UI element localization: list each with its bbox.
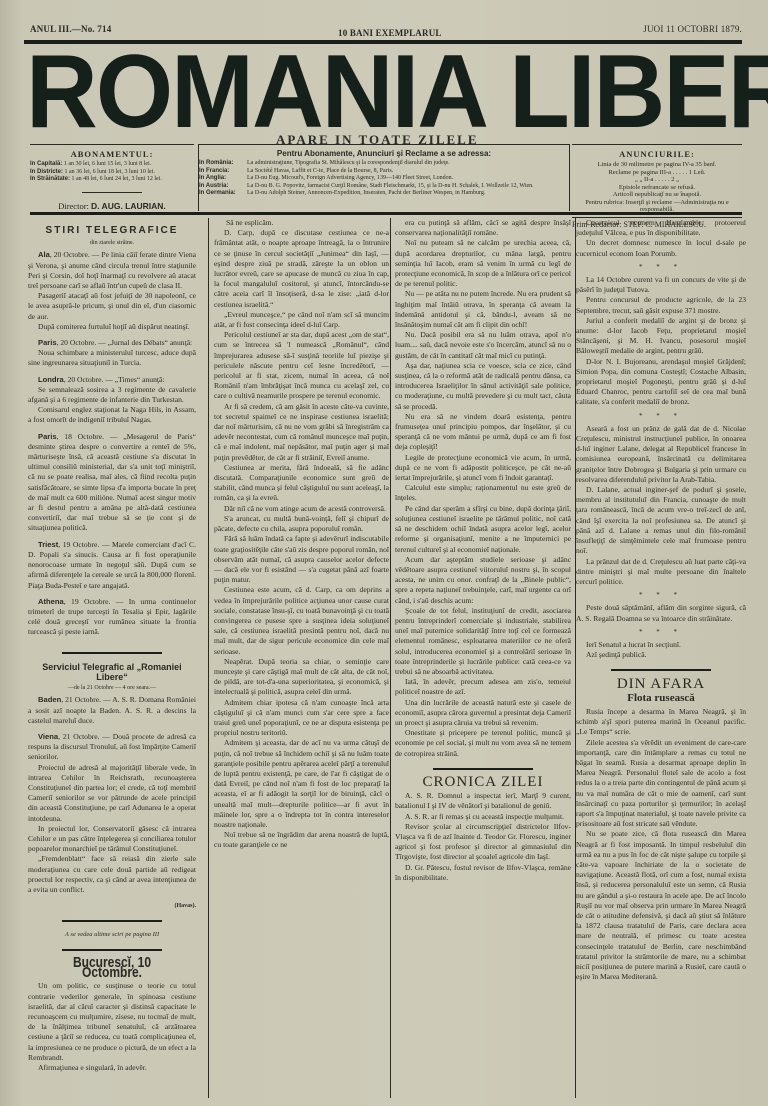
editorial-paragraph: Pericolul cestiuneĭ ar sta dar, după ace…	[214, 330, 389, 401]
news-paragraph: La prânzul dat de d. Creţulescu aŭ luat …	[576, 557, 746, 588]
news-paragraph: Se semnalează sosirea a 3 regimente de c…	[28, 385, 196, 405]
see-page-note: A se vedea ultime sciri pe pagina III	[28, 930, 196, 940]
editorial-paragraph: Nu era să ne vindem doară esistenţa, pen…	[395, 412, 571, 453]
editorial-paragraph: Să ne esplicăm.	[214, 218, 389, 228]
news-place: Athena	[38, 597, 64, 606]
ornament-divider	[576, 664, 746, 674]
news-text: 20 Octobre. — „Times“ anunţă:	[68, 375, 165, 384]
news-text: 20 Octobre. — Pe linia căiĭ ferate dintr…	[28, 250, 196, 290]
article-paragraph: Rusia începe a desarma în Marea Neagră, …	[576, 707, 746, 738]
news-paragraph: Un decret domnesc numesce în locul d-sal…	[576, 238, 746, 258]
advertising-box: ANUNCIURILE: Linia de 30 milimetre pe pa…	[572, 144, 742, 211]
chronicle-paragraph: A. S. R. ar fi remas şi cu această inspe…	[395, 812, 571, 822]
news-place: Londra	[38, 375, 64, 384]
news-source: (Havas).	[28, 901, 196, 911]
advertising-row: „ „ II-a . . . . . 2 „	[572, 176, 742, 184]
column-editorial: Să ne esplicăm.D. Carp, după ce discutas…	[208, 218, 389, 1098]
editorial-paragraph: era cu putinţă să aflăm, căcĭ se agită d…	[395, 218, 571, 238]
separator-stars: * * *	[576, 590, 746, 600]
advertising-title: ANUNCIURILE:	[572, 149, 742, 159]
editorial-paragraph: Afirmaţiunea e singulară, în adevĕr.	[28, 1063, 196, 1073]
news-paragraph: Noua schimbare a ministeruluĭ turcesc, a…	[28, 348, 196, 368]
editorial-paragraph: Legile de protecţiune economică vie acum…	[395, 453, 571, 484]
editorial-paragraph: Una din lucrările de această natură este…	[395, 698, 571, 729]
news-item: Londra, 20 Octobre. — „Times“ anunţă:Se …	[28, 375, 196, 432]
subscription-row: In Districte: 1 an 36 lei, 6 luni 18 lei…	[30, 169, 194, 177]
news-text: 18 Octobre. — „Mesagerul de Paris“ desmi…	[28, 432, 196, 533]
section-title-abroad: DIN AFARA	[576, 679, 746, 689]
news-paragraph: Comisarul englez staţionat la Naga Hils,…	[28, 405, 196, 425]
editorial-paragraph: Iată, în adevĕr, precum adesea am zis'o,…	[395, 677, 571, 697]
chronicle-paragraph: A. S. R. Domnul a inspectat ierĭ, Marţĭ …	[395, 791, 571, 811]
editorial-paragraph: Dăr niĭ că ne vom atinge acum de acestă …	[214, 504, 389, 514]
editorial-paragraph: Admitem chiar ipotesa că n'am cunoaşte î…	[214, 698, 389, 739]
address-row: In Francia:La Société Havas, Laffit et C…	[199, 168, 569, 176]
address-title: Pentru Abonamente, Anunciuri şi Reclame …	[199, 149, 569, 158]
ornament-divider	[28, 915, 196, 925]
issue-date: JUOI 11 OCTOBRI 1879.	[643, 24, 742, 34]
section-title-chronicle: CRONICA ZILEI	[395, 777, 571, 787]
news-item: Triest, 19 Octobre. — Marele comerciant …	[28, 540, 196, 597]
news-paragraph: Cucernicul econom Haralambie, protoereul…	[576, 218, 746, 238]
editorial-paragraph: Nu — pe atâta nu ne putem încrede. Nu er…	[395, 289, 571, 330]
news-paragraph: Ierĭ Senatul a lucrat în secţiunĭ.	[576, 640, 746, 650]
news-place: Triest	[38, 540, 58, 549]
issue-number: ANUL III.—No. 714	[30, 24, 111, 34]
advertising-row: Reclame pe pagina III-a . . . . . 1 Leŭ.	[572, 169, 742, 177]
editorial-paragraph: Noĭ trebue să ne îngrădim dar arena noas…	[214, 830, 389, 850]
news-paragraph: Proiectul de adresă al majorităţiĭ liber…	[28, 763, 196, 824]
subscription-box: ABONAMENTUL: In Capitală: 1 an 30 lei, 6…	[30, 144, 194, 211]
news-paragraph: In proiectul lor, Conservatoriĭ găsesc c…	[28, 824, 196, 855]
news-paragraph: Pentru concursul de producte agricole, d…	[576, 295, 746, 315]
news-paragraph: D. Lalane, actual inginer-şef de podurĭ …	[576, 485, 746, 556]
address-row: In Anglia:La D-nu Eug. Micoud's, Foreign…	[199, 175, 569, 183]
address-row: In România:La administraţiune, Tipografi…	[199, 160, 569, 168]
director-divider	[82, 192, 142, 197]
editorial-paragraph: Şcoale de tot felul, instituţiunĭ de cre…	[395, 606, 571, 677]
news-paragraph: D-lor N. I. Bujoreanu, arendaşul moşieĭ …	[576, 357, 746, 408]
news-place: Baden	[38, 695, 61, 704]
editorial-paragraph: Fără să luăm îndată ca fapte şi adevĕrur…	[214, 534, 389, 585]
editorial-paragraph: Aşa dar, naţiunea scia ce voesce, scia c…	[395, 361, 571, 412]
column-telegraph-news: STIRI TELEGRAFICE din ziarele străine. A…	[28, 218, 196, 1073]
editorial-title: Bucurescĭ, 10 Octombre.	[45, 958, 179, 978]
news-paragraph: Peste două săptămânĭ, aflăm din sorginte…	[576, 603, 746, 623]
editorial-paragraph: S'a aruncat, cu multă bună-voinţă, felĭ …	[214, 514, 389, 534]
section-subtitle: din ziarele străine.	[28, 238, 196, 248]
advertising-row: Epistole nefrancate se refusă.	[572, 184, 742, 192]
advertising-row: Linia de 30 milimetre pe pagina IV-a 35 …	[572, 161, 742, 169]
header-bottom-rule	[30, 212, 742, 215]
subscription-title: ABONAMENTUL:	[30, 149, 194, 159]
editorial-paragraph: Un om politic, ce susţinuse o teorie cu …	[28, 981, 196, 1063]
news-paragraph: După comiterea furtuluĭ hoţiĭ aŭ dispăru…	[28, 322, 196, 332]
editorial-paragraph: Nu. Dacă posibil era să nu luăm otrava, …	[395, 330, 571, 361]
column-editorial-cont: era cu putinţă să aflăm, căcĭ se agită d…	[390, 218, 576, 1098]
editorial-paragraph: Onestitate şi pricepere pe terenul polit…	[395, 728, 571, 759]
news-item: Paris, 20 Octobre. — „Jurnal des Débats“…	[28, 338, 196, 375]
editorial-paragraph: Pe când dar sperăm a sfîrşi cu bine, dup…	[395, 504, 571, 555]
chronicle-paragraph: Revisor şcolar al circumscripţieĭ distri…	[395, 822, 571, 863]
article-title-russian-fleet: Flota rusească	[576, 693, 746, 703]
column-news: Cucernicul econom Haralambie, protoereul…	[576, 218, 746, 982]
news-paragraph: „Fremdenblatt“ face să reiasă din zierle…	[28, 854, 196, 895]
advertising-row: Articolĭ nepublicaţĭ nu se înapoiă.	[572, 191, 742, 199]
news-text: 20 Octobre. — „Jurnal des Débats“ anunţă…	[60, 338, 192, 347]
address-row: In Germania:La D-nu Adolph Steiner, Anno…	[199, 190, 569, 198]
director: Director: D. AUG. LAURIAN.	[30, 201, 194, 211]
ornament-divider	[28, 648, 196, 658]
news-place: Ala	[38, 250, 50, 259]
news-item: Athena, 19 Octobre. — In urma continuelo…	[28, 597, 196, 644]
news-paragraph: Aseară a fost un prânz de gală dat de d.…	[576, 424, 746, 485]
ornament-divider	[395, 763, 571, 773]
address-row: In Austria:La D-nu B. G. Popovitz, farma…	[199, 183, 569, 191]
editorial-paragraph: „Evreul munceşce,“ pe când noĭ n'am scĭ …	[214, 310, 389, 330]
news-place: Paris	[38, 432, 57, 441]
news-place: Paris	[38, 338, 57, 347]
subscription-row: In Capitală: 1 an 30 lei, 6 luni 15 lei,…	[30, 161, 194, 169]
editorial-paragraph: Cestiunea ar merita, fără îndoeală, să f…	[214, 463, 389, 504]
news-place: Viena	[38, 732, 58, 741]
news-paragraph: Azĭ şedinţă publică.	[576, 650, 746, 660]
editorial-paragraph: D. Carp, după ce discutase cestiunea ce …	[214, 228, 389, 310]
subscription-row: In Străinătate: 1 an 48 lei, 6 luni 24 l…	[30, 176, 194, 184]
news-paragraph: La 14 Octobre curent va fi un concurs de…	[576, 275, 746, 295]
editorial-paragraph: Ar fi să credem, că am găsit în aceste c…	[214, 402, 389, 463]
separator-stars: * * *	[576, 411, 746, 421]
news-item: Viena, 21 Octobre. — Două procete de adr…	[28, 732, 196, 901]
newspaper-page: ANUL III.—No. 714 10 BANI EXEMPLARUL JUO…	[0, 0, 768, 1106]
editorial-paragraph: Noĭ nu puteam să ne calcăm pe urechia ac…	[395, 238, 571, 289]
address-box: Pentru Abonamente, Anunciuri şi Reclame …	[198, 144, 570, 211]
separator-stars: * * *	[576, 627, 746, 637]
editorial-paragraph: Neapĕrat. După teoria sa chiar, o seminţ…	[214, 657, 389, 698]
section-title-telegraph-service: Serviciul Telegrafic al „Romaniei Libere…	[28, 662, 196, 682]
news-item: Baden, 21 Octobre. — A. S. R. Domana Rom…	[28, 695, 196, 732]
news-paragraph: Juriul a conferit medaliĭ de argint şi d…	[576, 316, 746, 357]
ornament-divider	[28, 944, 196, 954]
article-paragraph: Zilele acestea s'a vĕrĕdit un eveniment …	[576, 738, 746, 830]
article-paragraph: Nu se poate zice, că flota rusească din …	[576, 829, 746, 982]
editorial-paragraph: Acum dar aşteptăm studiele serioase şi a…	[395, 555, 571, 606]
editorial-paragraph: Cestiunea este acum, că d. Carp, ca om d…	[214, 585, 389, 656]
section-title-telegraph: STIRI TELEGRAFICE	[28, 226, 196, 236]
news-item: Paris, 18 Octobre. — „Mesagerul de Paris…	[28, 432, 196, 540]
editorial-paragraph: Admitem şi aceasta, dar de acĭ nu va urm…	[214, 738, 389, 830]
masthead-title: ROMANIA LIBERA	[26, 46, 714, 138]
news-paragraph: Pasageriĭ atacaţĭ aŭ fost jefuiţĭ de 30 …	[28, 291, 196, 322]
section-subtitle: —de la 21 Octobre — 4 ore seara.—	[28, 683, 196, 693]
editorial-paragraph: Calculul este simplu; raţionamentul nu e…	[395, 483, 571, 503]
news-item: Ala, 20 Octobre. — Pe linia căiĭ ferate …	[28, 250, 196, 338]
separator-stars: * * *	[576, 262, 746, 272]
chronicle-paragraph: D. Gr. Pătescu, fostul revisor de Ilfov-…	[395, 863, 571, 883]
